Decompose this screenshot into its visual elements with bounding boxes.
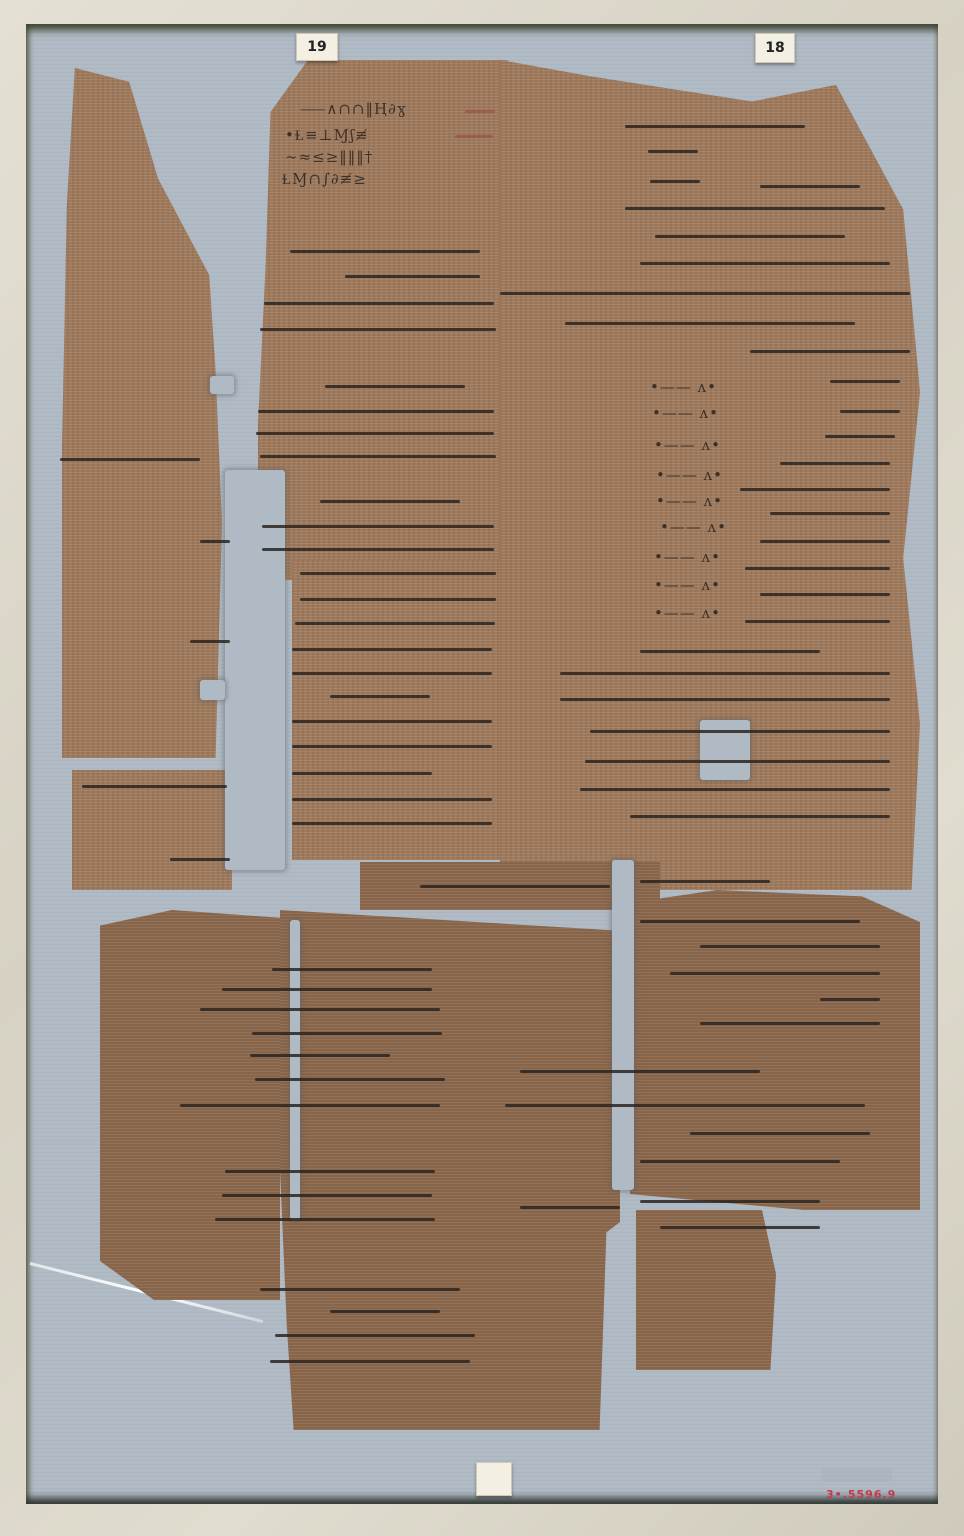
hieratic-entry: •—— ʌ• (654, 436, 721, 454)
ink-stroke (292, 745, 492, 748)
ink-stroke (190, 640, 230, 643)
ink-stroke (292, 720, 492, 723)
ink-stroke (780, 462, 890, 465)
accession-label-tape (822, 1468, 892, 1482)
hieratic-entry: •—— ʌ• (654, 604, 721, 622)
hieratic-entry: •—— ʌ• (654, 576, 721, 594)
ink-stroke (250, 1054, 390, 1057)
ink-stroke (270, 1360, 470, 1363)
ink-stroke (770, 512, 890, 515)
papyrus-hole (225, 470, 285, 870)
ink-stroke (640, 1200, 820, 1203)
ink-stroke (520, 1206, 620, 1209)
ink-stroke (325, 385, 465, 388)
ink-stroke (840, 410, 900, 413)
ink-stroke (670, 972, 880, 975)
ink-stroke (630, 815, 890, 818)
ink-stroke (292, 798, 492, 801)
ink-stroke (292, 772, 432, 775)
ink-stroke (760, 593, 890, 596)
ink-stroke (170, 858, 230, 861)
ink-stroke (745, 567, 890, 570)
papyrus-fragment-left-mid (72, 770, 232, 890)
hieratic-entry: •—— ʌ• (654, 548, 721, 566)
ink-stroke (625, 207, 885, 210)
ink-stroke (640, 920, 860, 923)
ink-stroke (345, 275, 480, 278)
ink-stroke (625, 125, 805, 128)
ink-stroke (225, 1170, 435, 1173)
ink-stroke (260, 328, 496, 331)
papyrus-hole (210, 376, 234, 394)
ink-stroke (292, 672, 492, 675)
hieratic-line: ⱢⱮ∩∫∂≢≥ (282, 170, 367, 189)
ink-stroke (260, 1288, 460, 1291)
ink-stroke (330, 1310, 440, 1313)
ink-stroke (740, 488, 890, 491)
ink-stroke (640, 1160, 840, 1163)
ink-stroke (258, 410, 494, 413)
ink-stroke (252, 1032, 442, 1035)
papyrus-hole (700, 720, 750, 780)
ink-stroke (295, 622, 495, 625)
ink-stroke (330, 695, 430, 698)
ink-stroke (222, 988, 432, 991)
ink-stroke (560, 698, 890, 701)
papyrus-hole (290, 920, 300, 1220)
ink-stroke (290, 250, 480, 253)
ink-stroke (320, 500, 460, 503)
rubric-stroke (455, 135, 493, 138)
ink-stroke (745, 620, 890, 623)
ink-stroke (655, 235, 845, 238)
ink-stroke (300, 598, 496, 601)
accession-number-stamp: 3•.5596.9 (826, 1488, 896, 1501)
papyrus-fragment-col19-mid (292, 560, 512, 860)
hieratic-line: ∼≈≤≥‖‖‖† (285, 148, 373, 166)
ink-stroke (292, 822, 492, 825)
ink-stroke (82, 785, 227, 788)
papyrus-hole (612, 860, 634, 1190)
ink-stroke (260, 455, 496, 458)
ink-stroke (660, 1226, 820, 1229)
ink-stroke (700, 945, 880, 948)
ink-stroke (215, 1218, 435, 1221)
ink-stroke (580, 788, 890, 791)
ink-stroke (262, 525, 494, 528)
ink-stroke (200, 1008, 440, 1011)
rubric-stroke (465, 110, 495, 113)
hieratic-line: ⸺∧∩∩‖Ⱨ∂ɣ (300, 98, 407, 119)
ink-stroke (750, 350, 910, 353)
hieratic-entry: •—— ʌ• (652, 404, 719, 422)
hieratic-entry: •—— ʌ• (650, 378, 717, 396)
papyrus-hole (200, 680, 225, 700)
ink-stroke (565, 322, 855, 325)
page-label-19: 19 (296, 33, 338, 61)
ink-stroke (640, 650, 820, 653)
ink-stroke (275, 1334, 475, 1337)
ink-stroke (255, 1078, 445, 1081)
hieratic-entry: •—— ʌ• (660, 518, 727, 536)
ink-stroke (825, 435, 895, 438)
ink-stroke (262, 548, 494, 551)
hieratic-entry: •—— ʌ• (656, 466, 723, 484)
ink-stroke (650, 180, 700, 183)
hieratic-line: •Ɫ≡⊥Ɱʃ≢ (285, 126, 369, 145)
ink-stroke (505, 1104, 865, 1107)
ink-stroke (700, 1022, 880, 1025)
ink-stroke (300, 572, 496, 575)
ink-stroke (585, 760, 890, 763)
hieratic-entry: •—— ʌ• (656, 492, 723, 510)
ink-stroke (690, 1132, 870, 1135)
ink-stroke (420, 885, 610, 888)
ink-stroke (292, 648, 492, 651)
ink-stroke (590, 730, 890, 733)
ink-stroke (200, 540, 230, 543)
ink-stroke (256, 432, 494, 435)
page-label-18: 18 (755, 33, 795, 63)
ink-stroke (760, 540, 890, 543)
ink-stroke (760, 185, 860, 188)
ink-stroke (60, 458, 200, 461)
bottom-label-blank (476, 1462, 512, 1496)
ink-stroke (648, 150, 698, 153)
ink-stroke (500, 292, 910, 295)
ink-stroke (222, 1194, 432, 1197)
ink-stroke (820, 998, 880, 1001)
ink-stroke (264, 302, 494, 305)
ink-stroke (560, 672, 890, 675)
papyrus-fragment-lower-bits (636, 1210, 776, 1370)
ink-stroke (520, 1070, 760, 1073)
ink-stroke (830, 380, 900, 383)
ink-stroke (180, 1104, 440, 1107)
glass-frame: ⸺∧∩∩‖Ⱨ∂ɣ •Ɫ≡⊥Ɱʃ≢ ∼≈≤≥‖‖‖† ⱢⱮ∩∫∂≢≥ •—— ʌ•… (0, 0, 964, 1536)
ink-stroke (272, 968, 432, 971)
ink-stroke (640, 262, 890, 265)
ink-stroke (640, 880, 770, 883)
